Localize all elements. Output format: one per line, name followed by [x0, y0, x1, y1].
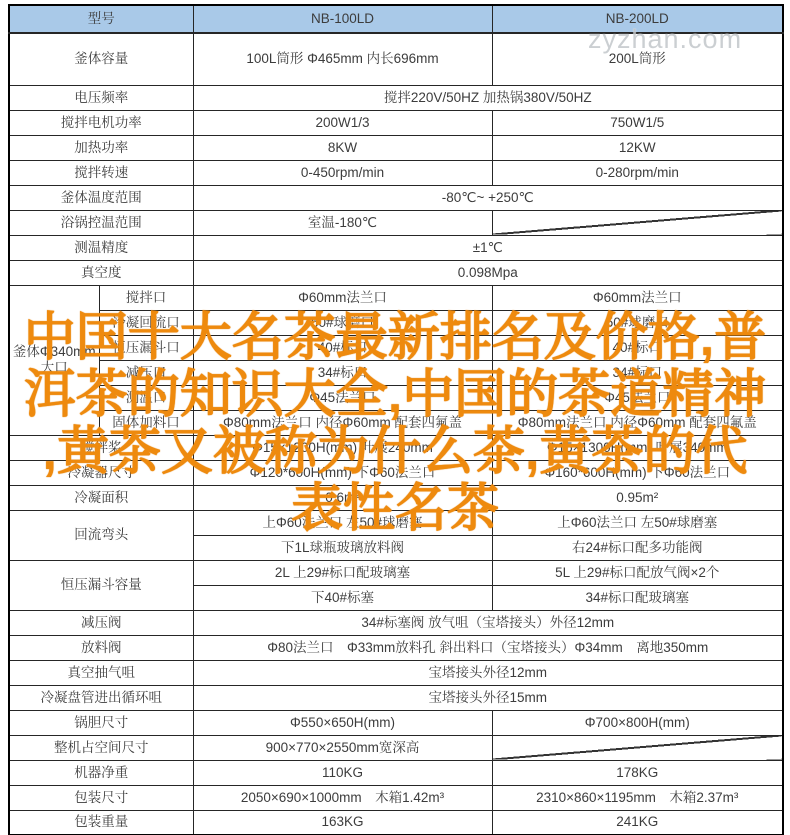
funnel-cap-value-1a: 2L 上29#标口配玻璃塞 [193, 560, 492, 585]
row-relief-valve: 减压阀 34#标塞阀 放气咀（宝塔接头）外径12mm [9, 610, 783, 635]
port-stir-label: 搅拌口 [99, 285, 193, 310]
cond-area-value-1: 0.6m² [193, 485, 492, 510]
row-port-solid: 固体加料口 Φ80mm法兰口 内径Φ60mm 配套四氟盖 Φ80mm法兰口 内径… [9, 410, 783, 435]
row-motor: 搅拌电机功率 200W1/3 750W1/5 [9, 110, 783, 135]
row-accuracy: 测温精度 ±1℃ [9, 235, 783, 260]
row-package-size: 包装尺寸 2050×690×1000mm 木箱1.42m³ 2310×860×1… [9, 785, 783, 810]
coil-nozzle-label: 冷凝盘管进出循环咀 [9, 685, 193, 710]
port-relief-value-2: 34#标口 [492, 360, 783, 385]
package-weight-value-2: 241KG [492, 810, 783, 835]
row-port-relief: 减压口 34#标口 34#标口 [9, 360, 783, 385]
port-stir-value-2: Φ60mm法兰口 [492, 285, 783, 310]
funnel-cap-value-2b: 34#标口配玻璃塞 [492, 585, 783, 610]
paddle-value-2: Φ15×1300H(mm) 叶展340mm [492, 435, 783, 460]
header-model-nb100: NB-100LD [193, 5, 492, 33]
elbow-value-2b: 右24#标口配多功能阀 [492, 535, 783, 560]
voltage-label: 电压频率 [9, 85, 193, 110]
package-size-value-2: 2310×860×1195mm 木箱2.37m³ [492, 785, 783, 810]
row-coil-nozzle: 冷凝盘管进出循环咀 宝塔接头外径15mm [9, 685, 783, 710]
row-vac-nozzle: 真空抽气咀 宝塔接头外径12mm [9, 660, 783, 685]
port-reflux-label: 冷凝回流口 [99, 310, 193, 335]
motor-value-2: 750W1/5 [492, 110, 783, 135]
row-cond-area: 冷凝面积 0.6m² 0.95m² [9, 485, 783, 510]
package-size-label: 包装尺寸 [9, 785, 193, 810]
port-temp-label: 测温口 [99, 385, 193, 410]
elbow-label: 回流弯头 [9, 510, 193, 560]
row-condenser: 冷凝器尺寸 Φ120*600H(mm) 下Φ60法兰口 Φ160*600H(mm… [9, 460, 783, 485]
voltage-value: 搅拌220V/50HZ 加热锅380V/50HZ [193, 85, 783, 110]
elbow-value-1a: 上Φ60法兰口 左50#球磨塞 [193, 510, 492, 535]
discharge-label: 放料阀 [9, 635, 193, 660]
row-pot-size: 锅胆尺寸 Φ550×650H(mm) Φ700×800H(mm) [9, 710, 783, 735]
heating-label: 加热功率 [9, 135, 193, 160]
row-heating: 加热功率 8KW 12KW [9, 135, 783, 160]
row-port-stir: 釜体Φ340mm大口 搅拌口 Φ60mm法兰口 Φ60mm法兰口 [9, 285, 783, 310]
row-speed: 搅拌转速 0-450rpm/min 0-280rpm/min [9, 160, 783, 185]
row-port-reflux: 冷凝回流口 50#球磨口 50#球磨口 [9, 310, 783, 335]
paddle-label: 搅拌桨 [9, 435, 193, 460]
pot-size-label: 锅胆尺寸 [9, 710, 193, 735]
port-funnel-value-2: 40#标口 [492, 335, 783, 360]
motor-label: 搅拌电机功率 [9, 110, 193, 135]
spec-table: 型号 NB-100LD NB-200LD 釜体容量 100L筒形 Φ465mm … [8, 4, 784, 835]
pot-size-value-2: Φ700×800H(mm) [492, 710, 783, 735]
condenser-value-2: Φ160*600H(mm) 下Φ60法兰口 [492, 460, 783, 485]
cond-area-value-2: 0.95m² [492, 485, 783, 510]
row-kettle-temp: 釜体温度范围 -80℃~ +250℃ [9, 185, 783, 210]
funnel-cap-label: 恒压漏斗容量 [9, 560, 193, 610]
row-net-weight: 机器净重 110KG 178KG [9, 760, 783, 785]
accuracy-label: 测温精度 [9, 235, 193, 260]
row-port-funnel: 恒压漏斗口 40#标口 40#标口 [9, 335, 783, 360]
row-port-temp: 测温口 Φ45法兰口 Φ45法兰口 [9, 385, 783, 410]
port-reflux-value-2: 50#球磨口 [492, 310, 783, 335]
port-solid-value-2: Φ80mm法兰口 内径Φ60mm 配套四氟盖 [492, 410, 783, 435]
heating-value-1: 8KW [193, 135, 492, 160]
row-machine-size: 整机占空间尺寸 900×770×2550mm宽深高 [9, 735, 783, 760]
row-voltage: 电压频率 搅拌220V/50HZ 加热锅380V/50HZ [9, 85, 783, 110]
speed-value-1: 0-450rpm/min [193, 160, 492, 185]
discharge-value: Φ80法兰口 Φ33mm放料孔 斜出料口（宝塔接头）Φ34mm 离地350mm [193, 635, 783, 660]
package-size-value-1: 2050×690×1000mm 木箱1.42m³ [193, 785, 492, 810]
net-weight-label: 机器净重 [9, 760, 193, 785]
motor-value-1: 200W1/3 [193, 110, 492, 135]
row-bath-temp: 浴锅控温范围 室温-180℃ [9, 210, 783, 235]
vacuum-label: 真空度 [9, 260, 193, 285]
vac-nozzle-value: 宝塔接头外径12mm [193, 660, 783, 685]
row-elbow-1: 回流弯头 上Φ60法兰口 左50#球磨塞 上Φ60法兰口 左50#球磨塞 [9, 510, 783, 535]
port-relief-label: 减压口 [99, 360, 193, 385]
port-funnel-label: 恒压漏斗口 [99, 335, 193, 360]
net-weight-value-2: 178KG [492, 760, 783, 785]
speed-value-2: 0-280rpm/min [492, 160, 783, 185]
capacity-value-1: 100L筒形 Φ465mm 内长696mm [193, 33, 492, 85]
row-paddle: 搅拌桨 Φ15×1200H(mm) 叶展240mm Φ15×1300H(mm) … [9, 435, 783, 460]
port-temp-value-1: Φ45法兰口 [193, 385, 492, 410]
port-temp-value-2: Φ45法兰口 [492, 385, 783, 410]
kettle-temp-value: -80℃~ +250℃ [193, 185, 783, 210]
port-relief-value-1: 34#标口 [193, 360, 492, 385]
port-funnel-value-1: 40#标口 [193, 335, 492, 360]
elbow-value-1b: 下1L球瓶玻璃放料阀 [193, 535, 492, 560]
ports-parent-label: 釜体Φ340mm大口 [9, 285, 99, 435]
row-vacuum: 真空度 0.098Mpa [9, 260, 783, 285]
header-model-label: 型号 [9, 5, 193, 33]
row-funnel-cap-1: 恒压漏斗容量 2L 上29#标口配玻璃塞 5L 上29#标口配放气阀×2个 [9, 560, 783, 585]
package-weight-label: 包装重量 [9, 810, 193, 835]
bath-temp-value-1: 室温-180℃ [193, 210, 492, 235]
net-weight-value-1: 110KG [193, 760, 492, 785]
condenser-label: 冷凝器尺寸 [9, 460, 193, 485]
bath-temp-label: 浴锅控温范围 [9, 210, 193, 235]
condenser-value-1: Φ120*600H(mm) 下Φ60法兰口 [193, 460, 492, 485]
machine-size-na-diagonal [492, 735, 783, 760]
port-solid-value-1: Φ80mm法兰口 内径Φ60mm 配套四氟盖 [193, 410, 492, 435]
heating-value-2: 12KW [492, 135, 783, 160]
capacity-label: 釜体容量 [9, 33, 193, 85]
accuracy-value: ±1℃ [193, 235, 783, 260]
package-weight-value-1: 163KG [193, 810, 492, 835]
vac-nozzle-label: 真空抽气咀 [9, 660, 193, 685]
row-discharge: 放料阀 Φ80法兰口 Φ33mm放料孔 斜出料口（宝塔接头）Φ34mm 离地35… [9, 635, 783, 660]
speed-label: 搅拌转速 [9, 160, 193, 185]
elbow-value-2a: 上Φ60法兰口 左50#球磨塞 [492, 510, 783, 535]
port-solid-label: 固体加料口 [99, 410, 193, 435]
pot-size-value-1: Φ550×650H(mm) [193, 710, 492, 735]
port-stir-value-1: Φ60mm法兰口 [193, 285, 492, 310]
vacuum-value: 0.098Mpa [193, 260, 783, 285]
bath-temp-na-diagonal [492, 210, 783, 235]
relief-valve-value: 34#标塞阀 放气咀（宝塔接头）外径12mm [193, 610, 783, 635]
funnel-cap-value-2a: 5L 上29#标口配放气阀×2个 [492, 560, 783, 585]
watermark: zyzhan.com [588, 24, 742, 55]
paddle-value-1: Φ15×1200H(mm) 叶展240mm [193, 435, 492, 460]
machine-size-label: 整机占空间尺寸 [9, 735, 193, 760]
row-package-weight: 包装重量 163KG 241KG [9, 810, 783, 835]
port-reflux-value-1: 50#球磨口 [193, 310, 492, 335]
machine-size-value-1: 900×770×2550mm宽深高 [193, 735, 492, 760]
relief-valve-label: 减压阀 [9, 610, 193, 635]
funnel-cap-value-1b: 下40#标塞 [193, 585, 492, 610]
coil-nozzle-value: 宝塔接头外径15mm [193, 685, 783, 710]
cond-area-label: 冷凝面积 [9, 485, 193, 510]
kettle-temp-label: 釜体温度范围 [9, 185, 193, 210]
